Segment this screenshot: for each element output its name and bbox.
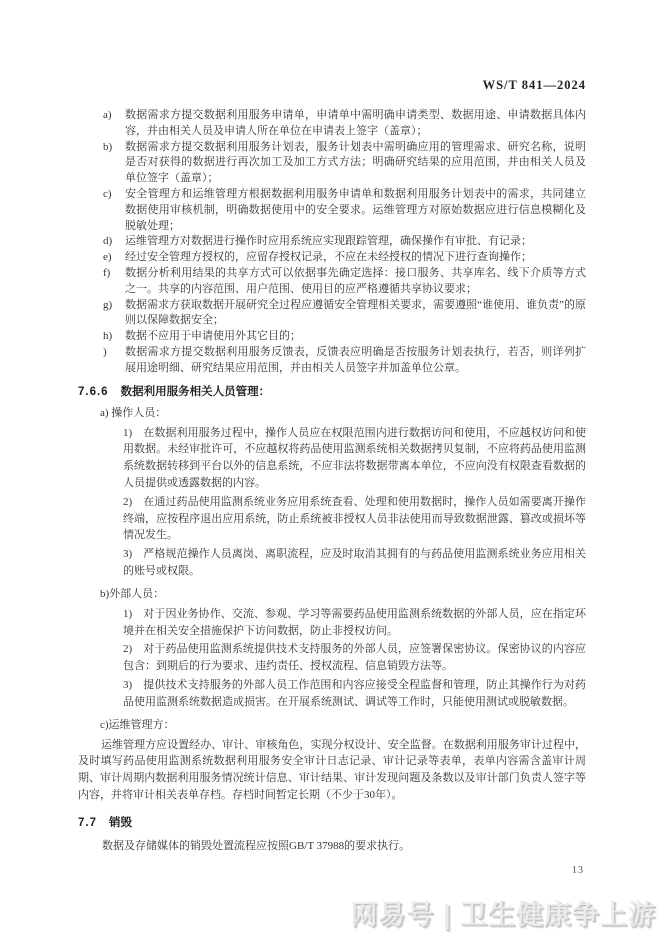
sublist-label-operators: a) 操作人员： — [100, 405, 586, 421]
list-item-text: 安全管理方和运维管理方根据数据利用服务申请单和数据利用服务计划表中的需求，共同建… — [125, 187, 586, 234]
clause-heading-77: 7.7销毁 — [78, 814, 586, 830]
sublist-label-external: b)外部人员： — [100, 586, 586, 602]
list-item-text: 数据需求方提交数据利用服务计划表，服务计划表中需明确应用的管理需求、研究名称，说… — [125, 140, 586, 187]
list-item-marker: d) — [103, 234, 125, 250]
list-item-marker: g) — [103, 298, 125, 330]
list-item-text: 数据不应用于申请使用外其它目的； — [125, 329, 586, 345]
external-item: 2) 对于药品使用监测系统提供技术支持服务的外部人员，应签署保密协议。保密协议的… — [123, 641, 586, 675]
list-item: f) 数据分析利用结果的共享方式可以依据事先确定选择：接口服务、共享库名、线下介… — [103, 266, 586, 298]
clause-heading-766: 7.6.6数据利用服务相关人员管理： — [78, 383, 586, 399]
clause-number: 7.6.6 — [78, 386, 109, 398]
external-item: 3) 提供技术支持服务的外部人员工作范围和内容应接受全程监督和管理，防止其操作行… — [123, 677, 586, 711]
list-item-marker: b) — [103, 140, 125, 187]
list-item: b) 数据需求方提交数据利用服务计划表，服务计划表中需明确应用的管理需求、研究名… — [103, 140, 586, 187]
list-item: a) 数据需求方提交数据利用服务申请单，申请单中需明确申请类型、数据用途、申请数… — [103, 108, 586, 140]
list-item-text: 数据需求方获取数据开展研究全过程应遵循安全管理相关要求，需要遵照“谁使用、谁负责… — [125, 298, 586, 330]
clause-title: 销毁 — [109, 817, 132, 829]
operators-item: 1) 在数据利用服务过程中，操作人员应在权限范围内进行数据访问和使用，不应越权访… — [123, 425, 586, 492]
clause-number: 7.7 — [78, 817, 97, 829]
list-item-text: 运维管理方对数据进行操作时应用系统应实现跟踪管理，确保操作有审批、有记录； — [125, 234, 586, 250]
document-page: WS/T 841—2024 a) 数据需求方提交数据利用服务申请单，申请单中需明… — [0, 0, 660, 934]
list-item-text: 数据需求方提交数据利用服务反馈表，反馈表应明确是否按服务计划表执行，若否，则详列… — [125, 345, 586, 377]
destruction-paragraph: 数据及存储媒体的销毁处置流程应按照GB/T 37988的要求执行。 — [78, 838, 586, 855]
list-item-text: 经过安全管理方授权的，应留存授权记录，不应在未经授权的情况下进行查询操作； — [125, 250, 586, 266]
operators-item: 2) 在通过药品使用监测系统业务应用系统查看、处理和使用数据时，操作人员如需要离… — [123, 494, 586, 544]
list-item-text: 数据需求方提交数据利用服务申请单，申请单中需明确申请类型、数据用途、申请数据具体… — [125, 108, 586, 140]
list-item: d) 运维管理方对数据进行操作时应用系统应实现跟踪管理，确保操作有审批、有记录； — [103, 234, 586, 250]
requirements-list: a) 数据需求方提交数据利用服务申请单，申请单中需明确申请类型、数据用途、申请数… — [78, 108, 586, 377]
standard-number: WS/T 841—2024 — [483, 78, 586, 92]
document-content: WS/T 841—2024 a) 数据需求方提交数据利用服务申请单，申请单中需明… — [78, 78, 586, 855]
list-item: h) 数据不应用于申请使用外其它目的； — [103, 329, 586, 345]
ops-mgmt-paragraph: 运维管理方应设置经办、审计、审核角色，实现分权设计、安全监督。在数据利用服务审计… — [78, 737, 586, 804]
sublist-label-ops-mgmt: c)运维管理方： — [100, 717, 586, 733]
list-item-marker: c) — [103, 187, 125, 234]
list-item-marker: ) — [103, 345, 125, 377]
list-item-marker: h) — [103, 329, 125, 345]
clause-title: 数据利用服务相关人员管理： — [121, 386, 271, 398]
list-item: ) 数据需求方提交数据利用服务反馈表，反馈表应明确是否按服务计划表执行，若否，则… — [103, 345, 586, 377]
page-header: WS/T 841—2024 — [78, 78, 586, 93]
external-item: 1) 对于因业务协作、交流、参观、学习等需要药品使用监测系统数据的外部人员，应在… — [123, 606, 586, 640]
list-item: c) 安全管理方和运维管理方根据数据利用服务申请单和数据利用服务计划表中的需求，… — [103, 187, 586, 234]
list-item-text: 数据分析利用结果的共享方式可以依据事先确定选择：接口服务、共享库名、线下介质等方… — [125, 266, 586, 298]
watermark: 网易号 | 卫生健康争上游 — [350, 893, 656, 932]
list-item: e) 经过安全管理方授权的，应留存授权记录，不应在未经授权的情况下进行查询操作； — [103, 250, 586, 266]
list-item-marker: a) — [103, 108, 125, 140]
page-number: 13 — [572, 865, 584, 876]
list-item-marker: f) — [103, 266, 125, 298]
operators-item: 3) 严格规范操作人员离岗、离职流程，应及时取消其拥有的与药品使用监测系统业务应… — [123, 546, 586, 580]
list-item-marker: e) — [103, 250, 125, 266]
list-item: g) 数据需求方获取数据开展研究全过程应遵循安全管理相关要求，需要遵照“谁使用、… — [103, 298, 586, 330]
